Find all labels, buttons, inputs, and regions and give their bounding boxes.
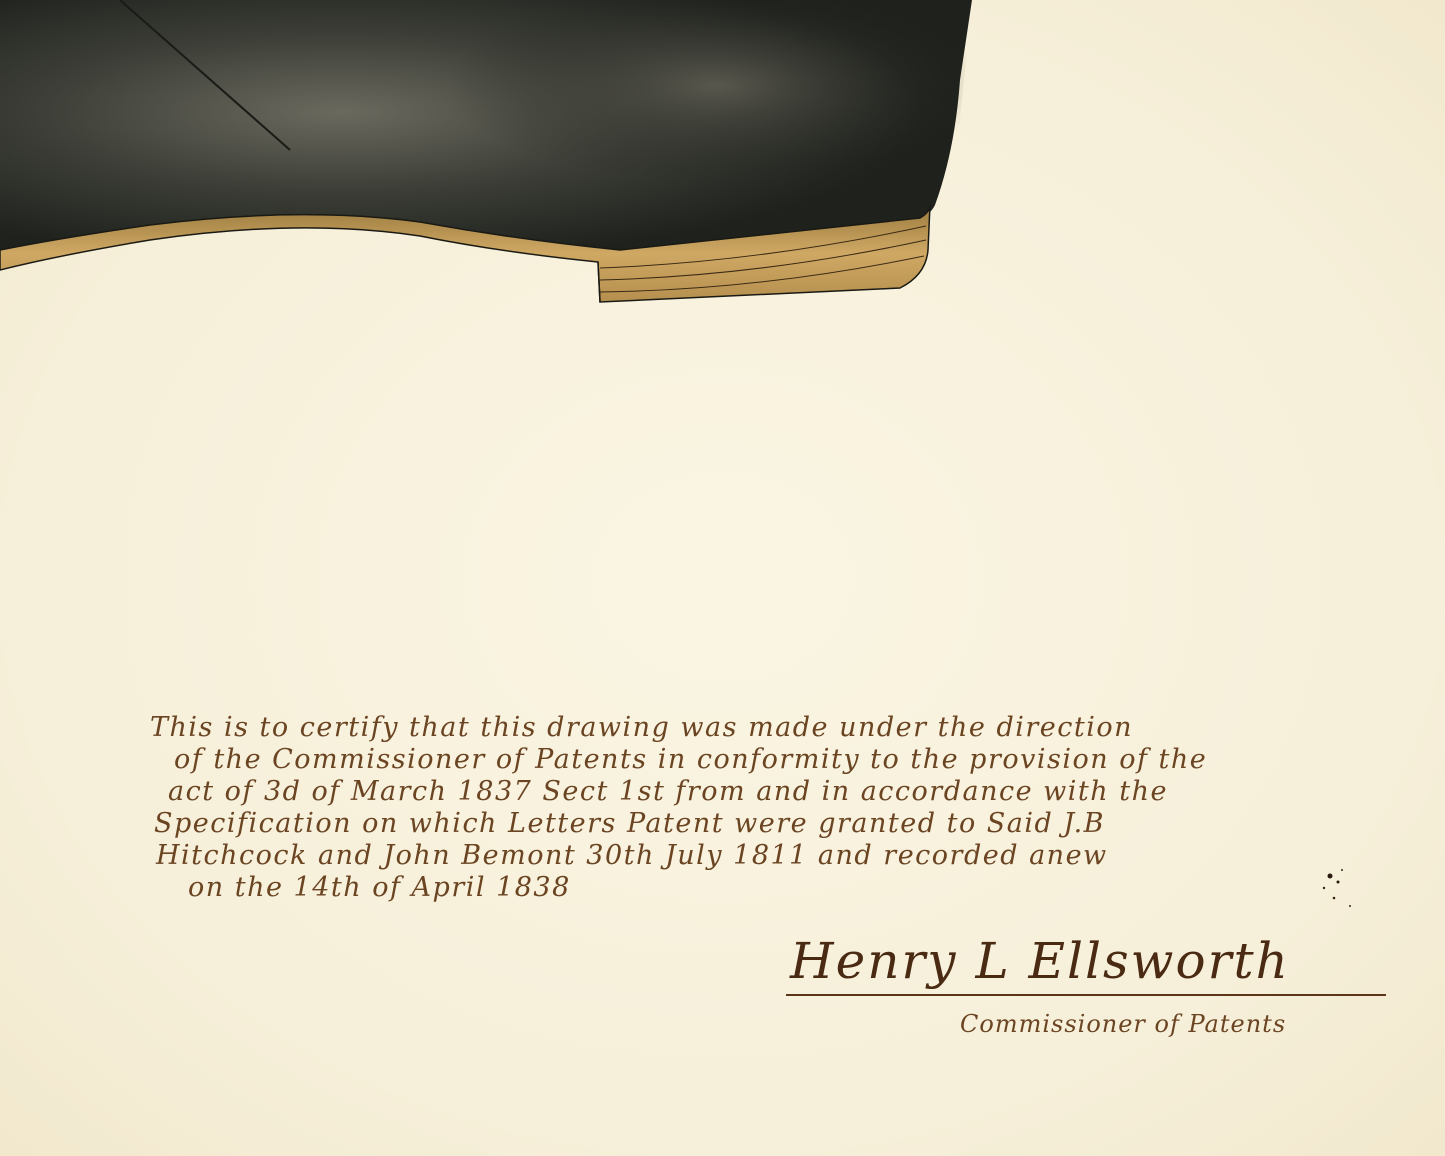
certificate-line: act of 3d of March 1837 Sect 1st from an… [150,776,1370,808]
signature-rule [786,994,1386,996]
signature: Henry L Ellsworth [790,928,1390,994]
signer-title: Commissioner of Patents [960,1010,1286,1038]
certificate-text: This is to certify that this drawing was… [150,712,1370,904]
boot-illustration [0,0,1000,320]
certificate-line: Hitchcock and John Bemont 30th July 1811… [150,840,1370,872]
certificate-line: This is to certify that this drawing was… [150,712,1370,744]
certificate-line: Specification on which Letters Patent we… [150,808,1370,840]
certificate-line: on the 14th of April 1838 [150,872,1370,904]
certificate-line: of the Commissioner of Patents in confor… [150,744,1370,776]
ink-blot-decoration [1310,840,1370,920]
